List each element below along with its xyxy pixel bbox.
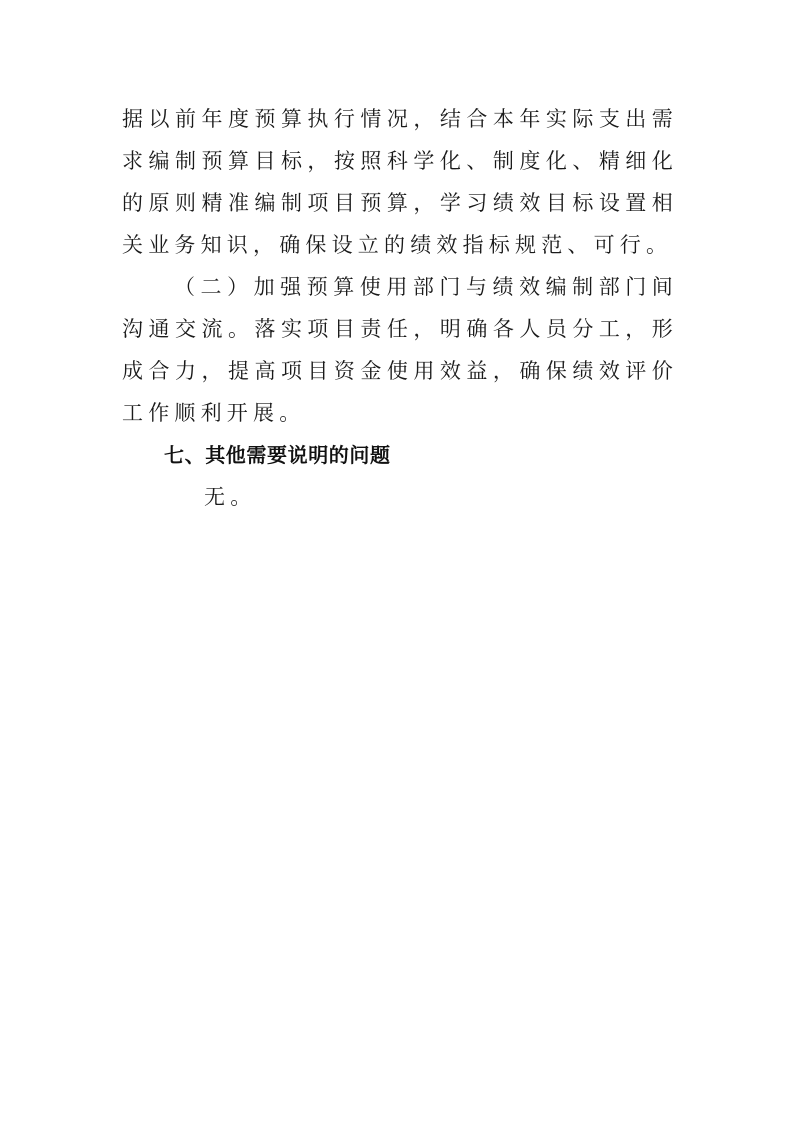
paragraph-communication: （二）加强预算使用部门与绩效编制部门间沟通交流。落实项目责任，明确各人员分工，形… <box>122 266 678 434</box>
section-body-none: 无。 <box>122 476 678 518</box>
document-page: 据以前年度预算执行情况，结合本年实际支出需求编制预算目标，按照科学化、制度化、精… <box>0 0 793 1122</box>
paragraph-budget-targets: 据以前年度预算执行情况，结合本年实际支出需求编制预算目标，按照科学化、制度化、精… <box>122 98 678 266</box>
document-body: 据以前年度预算执行情况，结合本年实际支出需求编制预算目标，按照科学化、制度化、精… <box>122 98 678 518</box>
section-heading-other-issues: 七、其他需要说明的问题 <box>122 434 678 476</box>
